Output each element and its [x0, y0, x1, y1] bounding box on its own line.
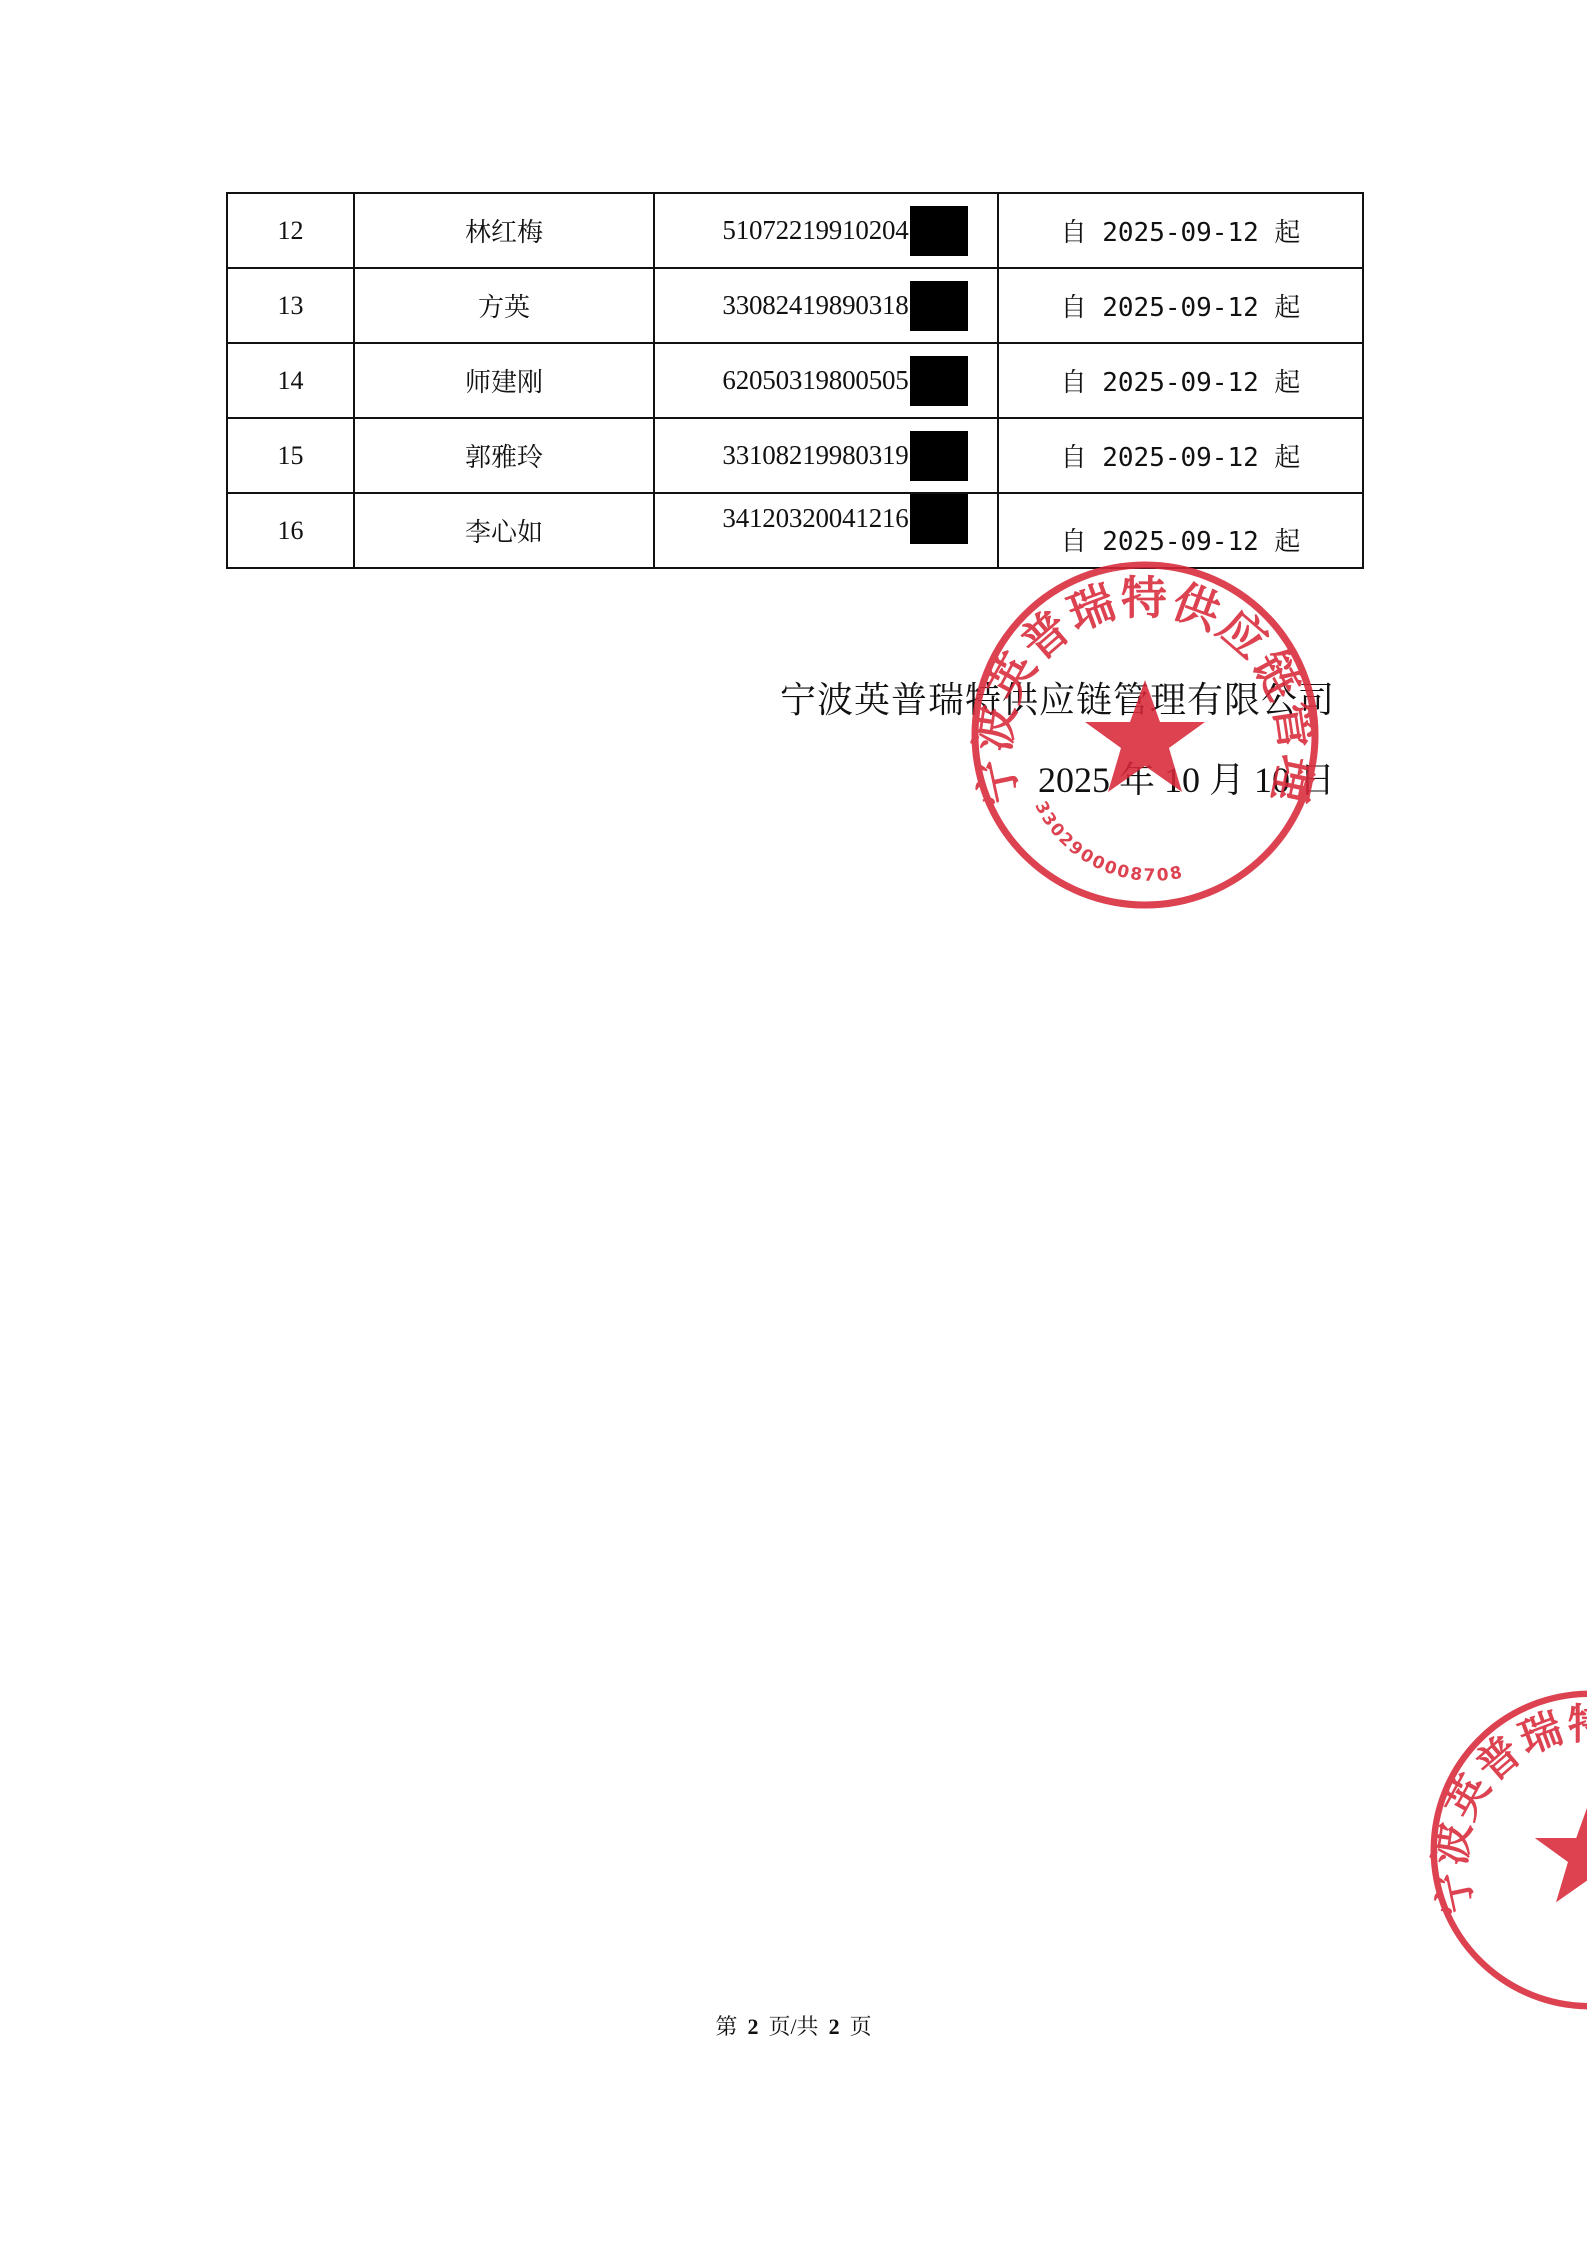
signature-date: 2025 年 10 月 10 日	[1038, 752, 1335, 803]
id-number: 34120320041216	[722, 503, 908, 534]
redaction-block	[910, 494, 968, 544]
table-row: 15郭雅玲33108219980319自 2025-09-12 起	[227, 418, 1363, 493]
personnel-table: 12林红梅51072219910204自 2025-09-12 起13方英330…	[226, 192, 1364, 569]
id-number: 33108219980319	[722, 440, 908, 471]
current-page-number: 2	[747, 2014, 758, 2039]
effective-date: 自 2025-09-12 起	[998, 343, 1363, 418]
company-seal-icon: 宁波英普瑞特供应链管理有限公司 3302900008708	[960, 550, 1330, 920]
table-row: 16李心如34120320041216自 2025-09-12 起	[227, 493, 1363, 568]
seam-seal-clip: 宁波英普瑞特供应链管理有限公司	[1420, 1670, 1587, 2030]
redaction-block	[910, 206, 968, 256]
id-number-cell: 33108219980319	[654, 418, 998, 493]
document-page: 12林红梅51072219910204自 2025-09-12 起13方英330…	[0, 0, 1587, 2245]
id-number: 62050319800505	[722, 365, 908, 396]
total-pages-number: 2	[829, 2014, 840, 2039]
table-row: 14师建刚62050319800505自 2025-09-12 起	[227, 343, 1363, 418]
id-number: 51072219910204	[722, 215, 908, 246]
person-name: 李心如	[354, 493, 654, 568]
person-name: 师建刚	[354, 343, 654, 418]
page-footer: 第2页/共2页	[0, 2010, 1587, 2041]
person-name: 林红梅	[354, 193, 654, 268]
svg-text:3302900008708: 3302900008708	[1030, 798, 1185, 886]
id-number-cell: 51072219910204	[654, 193, 998, 268]
table-row: 13方英33082419890318自 2025-09-12 起	[227, 268, 1363, 343]
redaction-block	[910, 356, 968, 406]
redaction-block	[910, 281, 968, 331]
redaction-block	[910, 431, 968, 481]
effective-date: 自 2025-09-12 起	[998, 193, 1363, 268]
id-number-cell: 33082419890318	[654, 268, 998, 343]
effective-date: 自 2025-09-12 起	[998, 268, 1363, 343]
effective-date: 自 2025-09-12 起	[998, 418, 1363, 493]
id-number-cell: 62050319800505	[654, 343, 998, 418]
svg-text:宁波英普瑞特供应链管理有限公司: 宁波英普瑞特供应链管理有限公司	[1420, 1680, 1587, 1918]
row-number: 13	[227, 268, 354, 343]
row-number: 14	[227, 343, 354, 418]
id-number-cell: 34120320041216	[654, 493, 998, 568]
row-number: 12	[227, 193, 354, 268]
row-number: 16	[227, 493, 354, 568]
id-number: 33082419890318	[722, 290, 908, 321]
seal-code: 3302900008708	[1030, 798, 1185, 886]
effective-date: 自 2025-09-12 起	[998, 493, 1363, 568]
person-name: 郭雅玲	[354, 418, 654, 493]
table-row: 12林红梅51072219910204自 2025-09-12 起	[227, 193, 1363, 268]
seam-seal-icon: 宁波英普瑞特供应链管理有限公司	[1420, 1680, 1587, 2020]
row-number: 15	[227, 418, 354, 493]
company-signature: 宁波英普瑞特供应链管理有限公司	[780, 672, 1335, 723]
person-name: 方英	[354, 268, 654, 343]
